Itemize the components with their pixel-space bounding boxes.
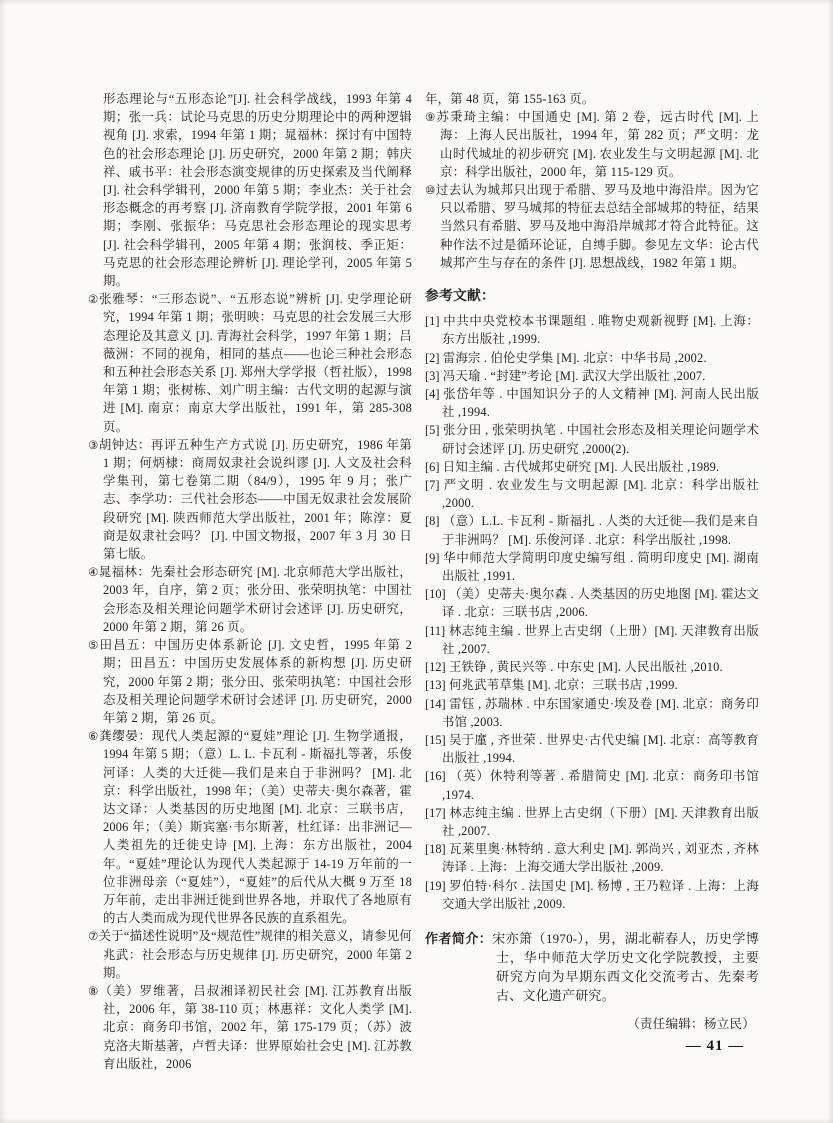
reference-label: [18] [425,842,446,856]
reference-item: [14] 雷钰 , 苏瑞林 . 中东国家通史·埃及卷 [M]. 北京：商务印书馆… [425,695,759,731]
reference-label: [13] [425,678,446,692]
footnote-item: ③胡钟达：再评五种生产方式说 [J]. 历史研究，1986 年第 1 期；何炳棣… [88,436,412,563]
reference-item: [8] （意）L.L. 卡瓦利 - 斯福扎 . 人类的大迁徙—我们是来自于非洲吗… [425,512,759,548]
footnote-item: ⑦关于“描述性说明”及“规范性”规律的相关意义，请参见何兆武：社会形态与历史规律… [88,927,412,982]
reference-label: [4] [425,387,439,401]
footnote-item: ⑤田昌五：中国历史体系新论 [J]. 文史哲，1995 年第 2 期；田昌五：中… [88,636,412,727]
editor-line: （责任编辑：杨立民） [425,1015,759,1033]
right-footnotes: ⑨苏秉琦主编：中国通史 [M]. 第 2 卷，远古时代 [M]. 上海：上海人民… [425,108,759,272]
reference-item: [3] 冯天瑜 . “封建”考论 [M]. 武汉大学出版社 ,2007. [425,367,759,385]
footnote-text: 龚缨晏：现代人类起源的“夏娃”理论 [J]. 生物学通报，1994 年第 5 期… [99,729,412,925]
reference-text: 何兆武苇草集 [M]. 北京：三联书店 ,1999. [449,678,678,692]
reference-text: 雷海宗 . 伯伦史学集 [M]. 北京：中华书局 ,2002. [443,351,707,365]
reference-label: [15] [425,733,446,747]
footnote-marker: ⑤ [88,638,100,652]
reference-text: 瓦莱里奥·林特纳 . 意大利史 [M]. 郭尚兴 , 刘亚杰 , 齐林涛译 . … [442,842,759,874]
reference-text: 冯天瑜 . “封建”考论 [M]. 武汉大学出版社 ,2007. [443,369,706,383]
reference-text: 中共中央党校本书课题组 . 唯物史观新视野 [M]. 上海：东方出版社 ,199… [442,314,759,346]
reference-label: [16] [425,769,446,783]
reference-item: [9] 华中师范大学简明印度史编写组 . 简明印度史 [M]. 湖南出版社 ,1… [425,549,759,585]
reference-label: [10] [425,587,446,601]
reference-item: [11] 林志纯主编 . 世界上古史纲（上册）[M]. 天津教育出版社 ,200… [425,622,759,658]
footnote-item: ⑨苏秉琦主编：中国通史 [M]. 第 2 卷，远古时代 [M]. 上海：上海人民… [425,108,759,181]
footnote-item: ⑩过去认为城邦只出现于希腊、罗马及地中海沿岸。因为它只以希腊、罗马城邦的特征去总… [425,181,759,272]
footnote-marker: ⑨ [425,110,437,124]
reference-text: 雷钰 , 苏瑞林 . 中东国家通史·埃及卷 [M]. 北京：商务印书馆 ,200… [442,697,759,729]
footnote-text: 过去认为城邦只出现于希腊、罗马及地中海沿岸。因为它只以希腊、罗马城邦的特征去总结… [436,183,759,270]
reference-label: [3] [425,369,439,383]
reference-text: 林志纯主编 . 世界上古史纲（上册）[M]. 天津教育出版社 ,2007. [442,624,759,656]
reference-item: [19] 罗伯特·科尔 . 法国史 [M]. 杨博 , 王乃粒译 . 上海：上海… [425,877,759,913]
footnote-marker: ⑩ [425,183,436,197]
reference-label: [14] [425,697,446,711]
reference-text: 严文明 . 农业发生与文明起源 [M]. 北京：科学出版社 ,2000. [442,478,759,510]
footnote-text: 苏秉琦主编：中国通史 [M]. 第 2 卷，远古时代 [M]. 上海：上海人民出… [437,110,759,179]
footnote-marker: ⑧ [88,984,99,998]
references-list: [1] 中共中央党校本书课题组 . 唯物史观新视野 [M]. 上海：东方出版社 … [425,312,759,913]
reference-item: [17] 林志纯主编 . 世界上古史纲（下册）[M]. 天津教育出版社 ,200… [425,804,759,840]
reference-label: [8] [425,514,439,528]
reference-text: 日知主编 . 古代城邦史研究 [M]. 人民出版社 ,1989. [443,460,720,474]
footnote-item: ②张雅琴：“三形态说”、“五形态说”辨析 [J]. 史学理论研究，1994 年第… [88,290,412,436]
left-footnotes: ②张雅琴：“三形态说”、“五形态说”辨析 [J]. 史学理论研究，1994 年第… [88,290,412,1073]
reference-item: [10] （美）史蒂夫·奥尔森 . 人类基因的历史地图 [M]. 霍达文译 . … [425,585,759,621]
footnote-item: ⑥龚缨晏：现代人类起源的“夏娃”理论 [J]. 生物学通报，1994 年第 5 … [88,727,412,927]
reference-item: [5] 张分田 , 张荣明执笔 . 中国社会形态及相关理论问题学术研讨会述评 [… [425,421,759,457]
reference-label: [5] [425,423,439,437]
reference-label: [7] [425,478,439,492]
reference-text: 罗伯特·科尔 . 法国史 [M]. 杨博 , 王乃粒译 . 上海：上海交通大学出… [442,879,759,911]
footnote-continuation: 年，第 48 页，第 155-163 页。 [425,90,759,108]
footnote-text: 关于“描述性说明”及“规范性”规律的相关意义，请参见何兆武：社会形态与历史规律 … [99,929,412,979]
reference-text: 张岱年等 . 中国知识分子的人文精神 [M]. 河南人民出版社 ,1994. [442,387,759,419]
reference-text: （英）休特利等著 . 希腊简史 [M]. 北京：商务印书馆 ,1974. [442,769,759,801]
author-section: 作者简介：宋亦箫（1970-），男，湖北蕲春人，历史学博士，华中师范大学历史文化… [425,929,759,1005]
footnote-continuation: 形态理论与“五形态论”[J]. 社会科学战线，1993 年第 4 期；张一兵：试… [88,90,412,290]
footnote-text: 田昌五：中国历史体系新论 [J]. 文史哲，1995 年第 2 期；田昌五：中国… [100,638,412,725]
right-column: 年，第 48 页，第 155-163 页。 ⑨苏秉琦主编：中国通史 [M]. 第… [425,90,759,1033]
references-heading: 参考文献： [425,287,759,305]
footnote-text: （美）罗维著，吕叔湘译初民社会 [M]. 江苏教育出版社，2006 年，第 38… [99,984,412,1071]
reference-item: [16] （英）休特利等著 . 希腊简史 [M]. 北京：商务印书馆 ,1974… [425,767,759,803]
reference-item: [6] 日知主编 . 古代城邦史研究 [M]. 人民出版社 ,1989. [425,458,759,476]
footnote-text: 胡钟达：再评五种生产方式说 [J]. 历史研究，1986 年第 1 期；何炳棣：… [99,438,412,561]
footnote-text: 年，第 48 页，第 155-163 页。 [425,92,594,106]
reference-label: [11] [425,624,445,638]
reference-item: [18] 瓦莱里奥·林特纳 . 意大利史 [M]. 郭尚兴 , 刘亚杰 , 齐林… [425,840,759,876]
reference-label: [1] [425,314,439,328]
author-label: 作者简介： [425,931,492,946]
reference-label: [12] [425,660,446,674]
footnote-marker: ② [88,292,99,306]
reference-text: （美）史蒂夫·奥尔森 . 人类基因的历史地图 [M]. 霍达文译 . 北京：三联… [442,587,759,619]
footnote-marker: ⑥ [88,729,99,743]
footnote-marker: ④ [88,565,99,579]
reference-item: [2] 雷海宗 . 伯伦史学集 [M]. 北京：中华书局 ,2002. [425,349,759,367]
reference-item: [13] 何兆武苇草集 [M]. 北京：三联书店 ,1999. [425,676,759,694]
reference-item: [12] 王铁铮 , 黄民兴等 . 中东史 [M]. 人民出版社 ,2010. [425,658,759,676]
page-number: — 41 — [660,1038,770,1055]
reference-label: [9] [425,551,439,565]
reference-item: [4] 张岱年等 . 中国知识分子的人文精神 [M]. 河南人民出版社 ,199… [425,385,759,421]
left-column: 形态理论与“五形态论”[J]. 社会科学战线，1993 年第 4 期；张一兵：试… [88,90,412,1073]
reference-item: [7] 严文明 . 农业发生与文明起源 [M]. 北京：科学出版社 ,2000. [425,476,759,512]
reference-text: 华中师范大学简明印度史编写组 . 简明印度史 [M]. 湖南出版社 ,1991. [442,551,759,583]
reference-label: [17] [425,806,446,820]
footnote-marker: ③ [88,438,99,452]
author-text: 宋亦箫（1970-），男，湖北蕲春人，历史学博士，华中师范大学历史文化学院教授，… [492,931,759,1003]
reference-text: 张分田 , 张荣明执笔 . 中国社会形态及相关理论问题学术研讨会述评 [J]. … [442,423,759,455]
footnote-text: 晁福林：先秦社会形态研究 [M]. 北京师范大学出版社，2003 年，自序，第 … [99,565,412,634]
footnote-text: 张雅琴：“三形态说”、“五形态说”辨析 [J]. 史学理论研究，1994 年第 … [99,292,412,433]
footnote-marker: ⑦ [88,929,99,943]
reference-text: 吴于廑 , 齐世荣 . 世界史·古代史编 [M]. 北京：高等教育出版社 ,19… [442,733,759,765]
reference-text: 林志纯主编 . 世界上古史纲（下册）[M]. 天津教育出版社 ,2007. [442,806,759,838]
reference-text: 王铁铮 , 黄民兴等 . 中东史 [M]. 人民出版社 ,2010. [449,660,723,674]
reference-label: [2] [425,351,439,365]
reference-label: [6] [425,460,439,474]
footnote-item: ④晁福林：先秦社会形态研究 [M]. 北京师范大学出版社，2003 年，自序，第… [88,563,412,636]
journal-page: 形态理论与“五形态论”[J]. 社会科学战线，1993 年第 4 期；张一兵：试… [0,0,833,1123]
reference-item: [15] 吴于廑 , 齐世荣 . 世界史·古代史编 [M]. 北京：高等教育出版… [425,731,759,767]
footnote-item: ⑧（美）罗维著，吕叔湘译初民社会 [M]. 江苏教育出版社，2006 年，第 3… [88,982,412,1073]
reference-label: [19] [425,879,446,893]
reference-item: [1] 中共中央党校本书课题组 . 唯物史观新视野 [M]. 上海：东方出版社 … [425,312,759,348]
reference-text: （意）L.L. 卡瓦利 - 斯福扎 . 人类的大迁徙—我们是来自于非洲吗？ [M… [442,514,759,546]
footnote-text: 形态理论与“五形态论”[J]. 社会科学战线，1993 年第 4 期；张一兵：试… [103,92,412,288]
